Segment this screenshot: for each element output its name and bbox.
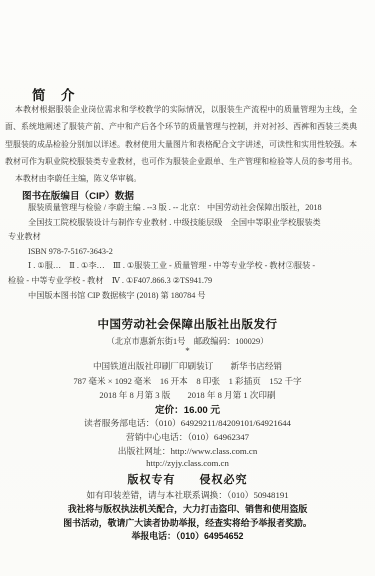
piracy-warning-line: 图书活动，敬请广大读者协助举报，经查实将给予举报者奖励。 <box>0 516 375 529</box>
printing-line: 中国铁道出版社印刷厂印刷装订 新华书店经销 <box>0 360 375 372</box>
cip-heading: 图书在版编目（CIP）数据 <box>22 188 134 202</box>
separator-star: * <box>0 346 375 356</box>
cip-isbn: ISBN 978-7-5167-3643-2 <box>8 245 361 260</box>
intro-line: 面、系统地阐述了服装产前、产中和产后各个环节的质量管理与控制，并对衬衫、西裤和西… <box>5 118 357 135</box>
report-phone-line: 举报电话：（010）64954652 <box>0 529 375 542</box>
cip-class-line: Ⅰ . ①服… Ⅱ . ①李… Ⅲ . ①服装工业 - 质量管理 - 中等专业学… <box>8 259 361 274</box>
cip-title-line: 全国技工院校服装设计与制作专业教材 . 中级技能层级 全国中等职业学校服装类 <box>8 216 361 231</box>
copyright-notice: 版权专有 侵权必究 <box>0 471 375 487</box>
marketing-phone-line: 营销中心电话：（010）64962347 <box>0 430 375 443</box>
website-secondary-line: http://zyjy.class.com.cn <box>0 458 375 468</box>
cip-class-line: 检验 - 中等专业学校 - 教材 Ⅳ . ①F407.866.3 ②TS941.… <box>8 274 361 289</box>
cip-title-line: 专业教材 <box>8 230 361 245</box>
book-copyright-page: 简 介 本教材根据服装企业岗位需求和学校教学的实际情况，以服装生产流程中的质量管… <box>0 0 375 576</box>
cip-title-line: 服装质量管理与检验 / 李蔚主编 . --3 版 . -- 北京： 中国劳动社会… <box>8 201 361 216</box>
format-line: 787 毫米 × 1092 毫米 16 开本 8 印张 1 彩插页 152 千字 <box>0 375 375 387</box>
publisher-line: 中国劳动社会保障出版社出版发行 <box>0 316 375 332</box>
edition-line: 2018 年 8 月第 3 版 2018 年 8 月第 1 次印刷 <box>0 389 375 401</box>
cip-record: 中国版本图书馆 CIP 数据核字 (2018) 第 180784 号 <box>8 289 361 304</box>
intro-line: 本教材根据服装企业岗位需求和学校教学的实际情况，以服装生产流程中的质量管理为主线… <box>5 101 357 118</box>
reader-service-line: 读者服务部电话：（010）64929211/84209101/64921644 <box>0 416 375 429</box>
piracy-warning-line: 我社将与版权执法机关配合，大力打击盗印、销售和使用盗版 <box>0 502 375 515</box>
website-line: 出版社网址：http://www.class.com.cn <box>0 444 375 457</box>
exchange-line: 如有印装差错，请与本社联系调换：（010）50948191 <box>0 488 375 501</box>
cip-block: 服装质量管理与检验 / 李蔚主编 . --3 版 . -- 北京： 中国劳动社会… <box>8 201 361 303</box>
intro-line: 本教材由李蔚任主编，陈义华审稿。 <box>5 170 357 187</box>
intro-paragraph: 本教材根据服装企业岗位需求和学校教学的实际情况，以服装生产流程中的质量管理为主线… <box>5 101 357 187</box>
intro-line: 型服装的成品检验分别加以详述。教材使用大量图片和表格配合文字讲述，可读性和实用性… <box>5 136 357 153</box>
intro-line: 教材可作为职业院校服装类专业教材，也可作为服装企业跟单、生产管理和检验等人员的参… <box>5 153 357 170</box>
price-line: 定价：16.00 元 <box>0 402 375 416</box>
